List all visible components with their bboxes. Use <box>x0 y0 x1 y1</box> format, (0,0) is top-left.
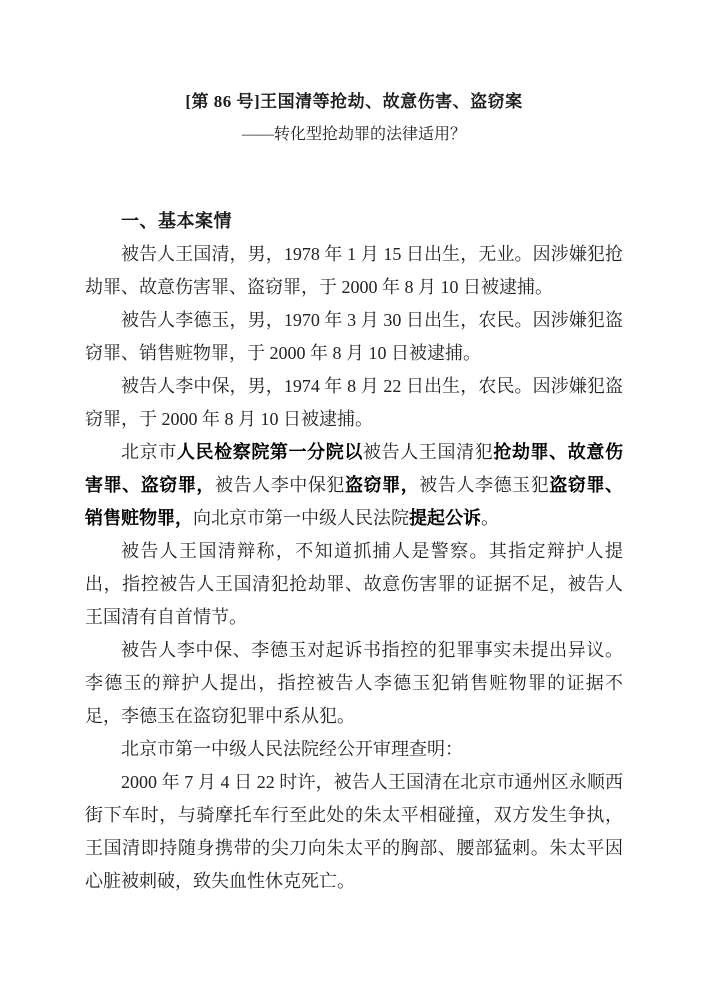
document-page: [第 86 号]王国清等抢劫、故意伤害、盗窃案 ——转化型抢劫罪的法律适用？ 一… <box>0 0 707 999</box>
paragraph: 2000 年 7 月 4 日 22 时许，被告人王国清在北京市通州区永顺西街下车… <box>85 766 623 898</box>
text-run: 被告人王国清犯 <box>363 442 493 462</box>
text-run: 被告人王国清辩称，不知道抓捕人是警察。其指定辩护人提出，指控被告人王国清犯抢劫罪… <box>85 541 623 627</box>
text-run: 被告人王国清，男，1978 年 1 月 15 日出生，无业。因涉嫌犯抢劫罪、故意… <box>85 244 623 297</box>
paragraph: 北京市第一中级人民法院经公开审理查明： <box>85 733 623 766</box>
paragraph: 被告人王国清辩称，不知道抓捕人是警察。其指定辩护人提出，指控被告人王国清犯抢劫罪… <box>85 535 623 634</box>
section-heading: 一、基本案情 <box>85 205 623 238</box>
paragraph: 被告人李德玉，男，1970 年 3 月 30 日出生，农民。因涉嫌犯盗窃罪、销售… <box>85 304 623 370</box>
text-run: 。 <box>481 508 499 528</box>
text-run: 盗窃罪， <box>345 475 419 495</box>
text-run: 向北京市第一中级人民法院 <box>193 508 409 528</box>
paragraph: 被告人李中保、李德玉对起诉书指控的犯罪事实未提出异议。李德玉的辩护人提出，指控被… <box>85 634 623 733</box>
document-body: 被告人王国清，男，1978 年 1 月 15 日出生，无业。因涉嫌犯抢劫罪、故意… <box>85 238 623 898</box>
document-subtitle: ——转化型抢劫罪的法律适用？ <box>85 118 623 151</box>
text-run: 北京市 <box>121 442 177 462</box>
text-run: 北京市第一中级人民法院经公开审理查明： <box>121 739 463 759</box>
text-run: 被告人李德玉犯 <box>419 475 549 495</box>
paragraph: 北京市人民检察院第一分院以被告人王国清犯抢劫罪、故意伤害罪、盗窃罪，被告人李中保… <box>85 436 623 535</box>
text-run: 被告人李中保、李德玉对起诉书指控的犯罪事实未提出异议。李德玉的辩护人提出，指控被… <box>85 640 623 726</box>
text-run: 被告人李中保犯 <box>215 475 345 495</box>
text-run: 被告人李德玉，男，1970 年 3 月 30 日出生，农民。因涉嫌犯盗窃罪、销售… <box>85 310 623 363</box>
paragraph: 被告人王国清，男，1978 年 1 月 15 日出生，无业。因涉嫌犯抢劫罪、故意… <box>85 238 623 304</box>
document-title: [第 86 号]王国清等抢劫、故意伤害、盗窃案 <box>85 85 623 118</box>
text-run: 2000 年 7 月 4 日 22 时许，被告人王国清在北京市通州区永顺西街下车… <box>85 772 623 891</box>
text-run: 人民检察院第一分院以 <box>177 442 363 462</box>
paragraph: 被告人李中保，男，1974 年 8 月 22 日出生，农民。因涉嫌犯盗窃罪，于 … <box>85 370 623 436</box>
text-run: 提起公诉 <box>409 508 481 528</box>
text-run: 被告人李中保，男，1974 年 8 月 22 日出生，农民。因涉嫌犯盗窃罪，于 … <box>85 376 623 429</box>
